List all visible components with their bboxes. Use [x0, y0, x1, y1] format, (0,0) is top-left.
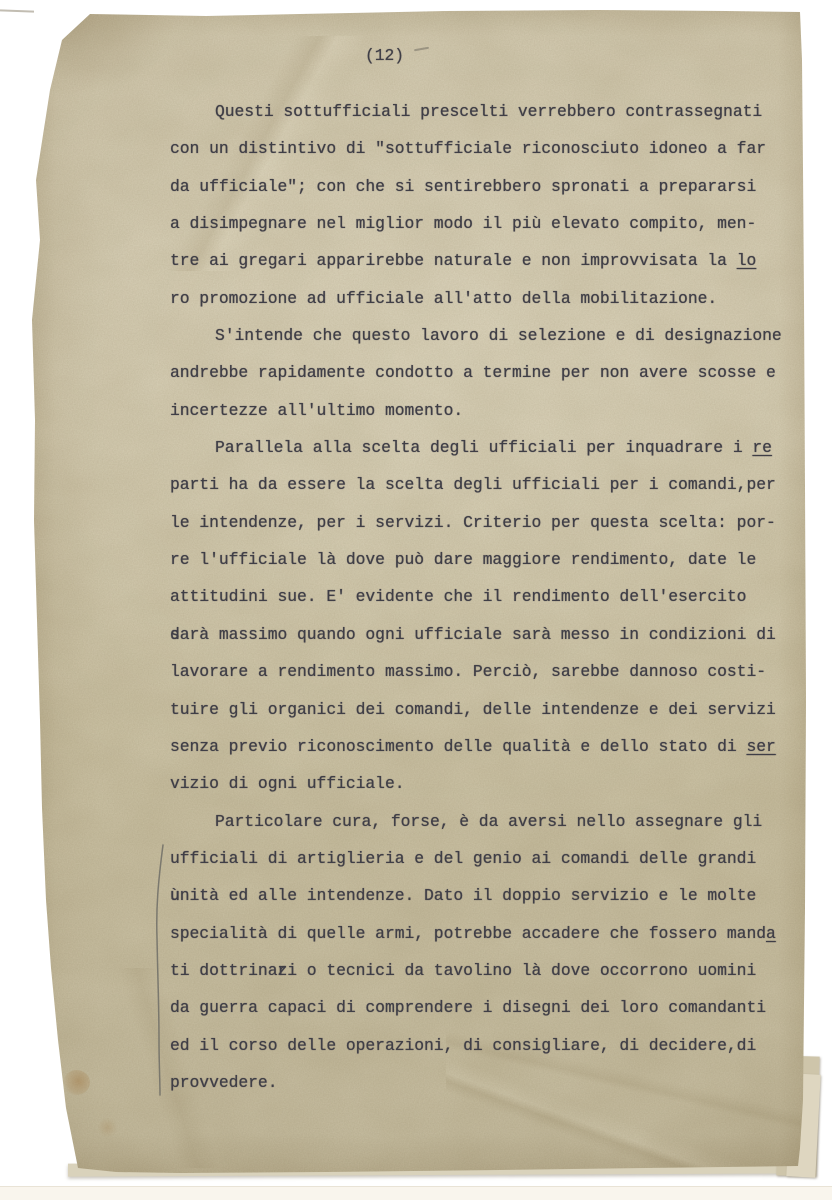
- text-line: provvedere.: [170, 1064, 790, 1101]
- text-line: specialità di quelle armi, potrebbe acca…: [170, 915, 790, 952]
- text-line: tuire gli organici dei comandi, delle in…: [170, 691, 790, 728]
- text-line: senza previo riconoscimento delle qualit…: [170, 728, 790, 765]
- text-segment: i o tecnici da tavolino là dove occorron…: [287, 961, 756, 980]
- text-segment: Questi sottufficiali prescelti verrebber…: [215, 102, 762, 121]
- text-line: ufficiali di artiglieria e del genio ai …: [170, 840, 790, 877]
- text-line: a disimpegnare nel miglior modo il più e…: [170, 205, 790, 242]
- pencil-tick-mark: [414, 47, 429, 52]
- text-line: uùnità ed alle intendenze. Dato il doppi…: [170, 877, 790, 914]
- text-segment: ufficiali di artiglieria e del genio ai …: [170, 849, 756, 868]
- overstruck-character: rz: [277, 952, 287, 989]
- page-number: (12): [365, 46, 404, 66]
- text-line: Parallela alla scelta degli ufficiali pe…: [170, 429, 790, 466]
- text-segment: attitudini sue. E' evidente che il rendi…: [170, 587, 746, 606]
- text-line: da ufficiale"; con che si sentirebbero s…: [170, 168, 790, 205]
- text-segment: nità ed alle intendenze. Dato il doppio …: [180, 886, 756, 905]
- text-line: incertezze all'ultimo momento.: [170, 392, 790, 429]
- text-segment: da guerra capaci di comprendere i disegn…: [170, 998, 766, 1017]
- underlined-text: a: [766, 924, 776, 943]
- text-segment: vizio di ogni ufficiale.: [170, 774, 405, 793]
- text-segment: Parallela alla scelta degli ufficiali pe…: [215, 438, 752, 457]
- text-segment: a disimpegnare nel miglior modo il più e…: [170, 214, 756, 233]
- underlined-text: ser: [746, 737, 775, 756]
- text-segment: S'intende che questo lavoro di selezione…: [215, 326, 782, 345]
- document-page: (12) Questi sottufficiali prescelti verr…: [26, 8, 808, 1176]
- text-segment: da ufficiale"; con che si sentirebbero s…: [170, 177, 756, 196]
- text-segment: andrebbe rapidamente condotto a termine …: [170, 363, 776, 382]
- text-line: ro promozione ad ufficiale all'atto dell…: [170, 280, 790, 317]
- text-line: andrebbe rapidamente condotto a termine …: [170, 354, 790, 391]
- text-line: da guerra capaci di comprendere i disegn…: [170, 989, 790, 1026]
- text-segment: Particolare cura, forse, è da aversi nel…: [215, 812, 762, 831]
- text-line: S'intende che questo lavoro di selezione…: [170, 317, 790, 354]
- text-line: tre ai gregari apparirebbe naturale e no…: [170, 242, 790, 279]
- text-segment: con un distintivo di "sottufficiale rico…: [170, 139, 766, 158]
- text-segment: tuire gli organici dei comandi, delle in…: [170, 700, 776, 719]
- underlined-text: re: [752, 438, 772, 457]
- text-line: le intendenze, per i servizi. Criterio p…: [170, 504, 790, 541]
- text-line: ed il corso delle operazioni, di consigl…: [170, 1027, 790, 1064]
- text-segment: le intendenze, per i servizi. Criterio p…: [170, 513, 776, 532]
- overstruck-character: sd: [170, 616, 180, 653]
- text-segment: ed il corso delle operazioni, di consigl…: [170, 1036, 756, 1055]
- paper-stain: [63, 1070, 90, 1095]
- underlined-text: lo: [737, 251, 757, 270]
- text-segment: ti dottrina: [170, 961, 277, 980]
- text-segment: tre ai gregari apparirebbe naturale e no…: [170, 251, 737, 270]
- scan-edge-strip: [0, 1186, 832, 1200]
- document-text: Questi sottufficiali prescelti verrebber…: [170, 93, 790, 1101]
- text-segment: lavorare a rendimento massimo. Perciò, s…: [170, 662, 766, 681]
- text-line: vizio di ogni ufficiale.: [170, 765, 790, 802]
- scan-background: (12) Questi sottufficiali prescelti verr…: [0, 0, 832, 1200]
- margin-pen-line-mark: [151, 838, 171, 1108]
- overstruck-character: uù: [170, 877, 180, 914]
- text-line: Questi sottufficiali prescelti verrebber…: [170, 93, 790, 130]
- text-segment: provvedere.: [170, 1073, 277, 1092]
- text-segment: senza previo riconoscimento delle qualit…: [170, 737, 746, 756]
- text-line: attitudini sue. E' evidente che il rendi…: [170, 578, 790, 615]
- text-segment: parti ha da essere la scelta degli uffic…: [170, 475, 776, 494]
- scanner-artifact-line: [0, 9, 34, 12]
- text-segment: ro promozione ad ufficiale all'atto dell…: [170, 289, 717, 308]
- text-segment: re l'ufficiale là dove può dare maggiore…: [170, 550, 756, 569]
- text-line: con un distintivo di "sottufficiale rico…: [170, 130, 790, 167]
- paper-stain: [97, 1118, 118, 1137]
- text-segment: arà massimo quando ogni ufficiale sarà m…: [180, 625, 776, 644]
- text-line: sdarà massimo quando ogni ufficiale sarà…: [170, 616, 790, 653]
- text-segment: incertezze all'ultimo momento.: [170, 401, 463, 420]
- text-line: re l'ufficiale là dove può dare maggiore…: [170, 541, 790, 578]
- text-segment: specialità di quelle armi, potrebbe acca…: [170, 924, 766, 943]
- text-line: Particolare cura, forse, è da aversi nel…: [170, 803, 790, 840]
- text-line: ti dottrinarzi o tecnici da tavolino là …: [170, 952, 790, 989]
- text-line: parti ha da essere la scelta degli uffic…: [170, 466, 790, 503]
- text-line: lavorare a rendimento massimo. Perciò, s…: [170, 653, 790, 690]
